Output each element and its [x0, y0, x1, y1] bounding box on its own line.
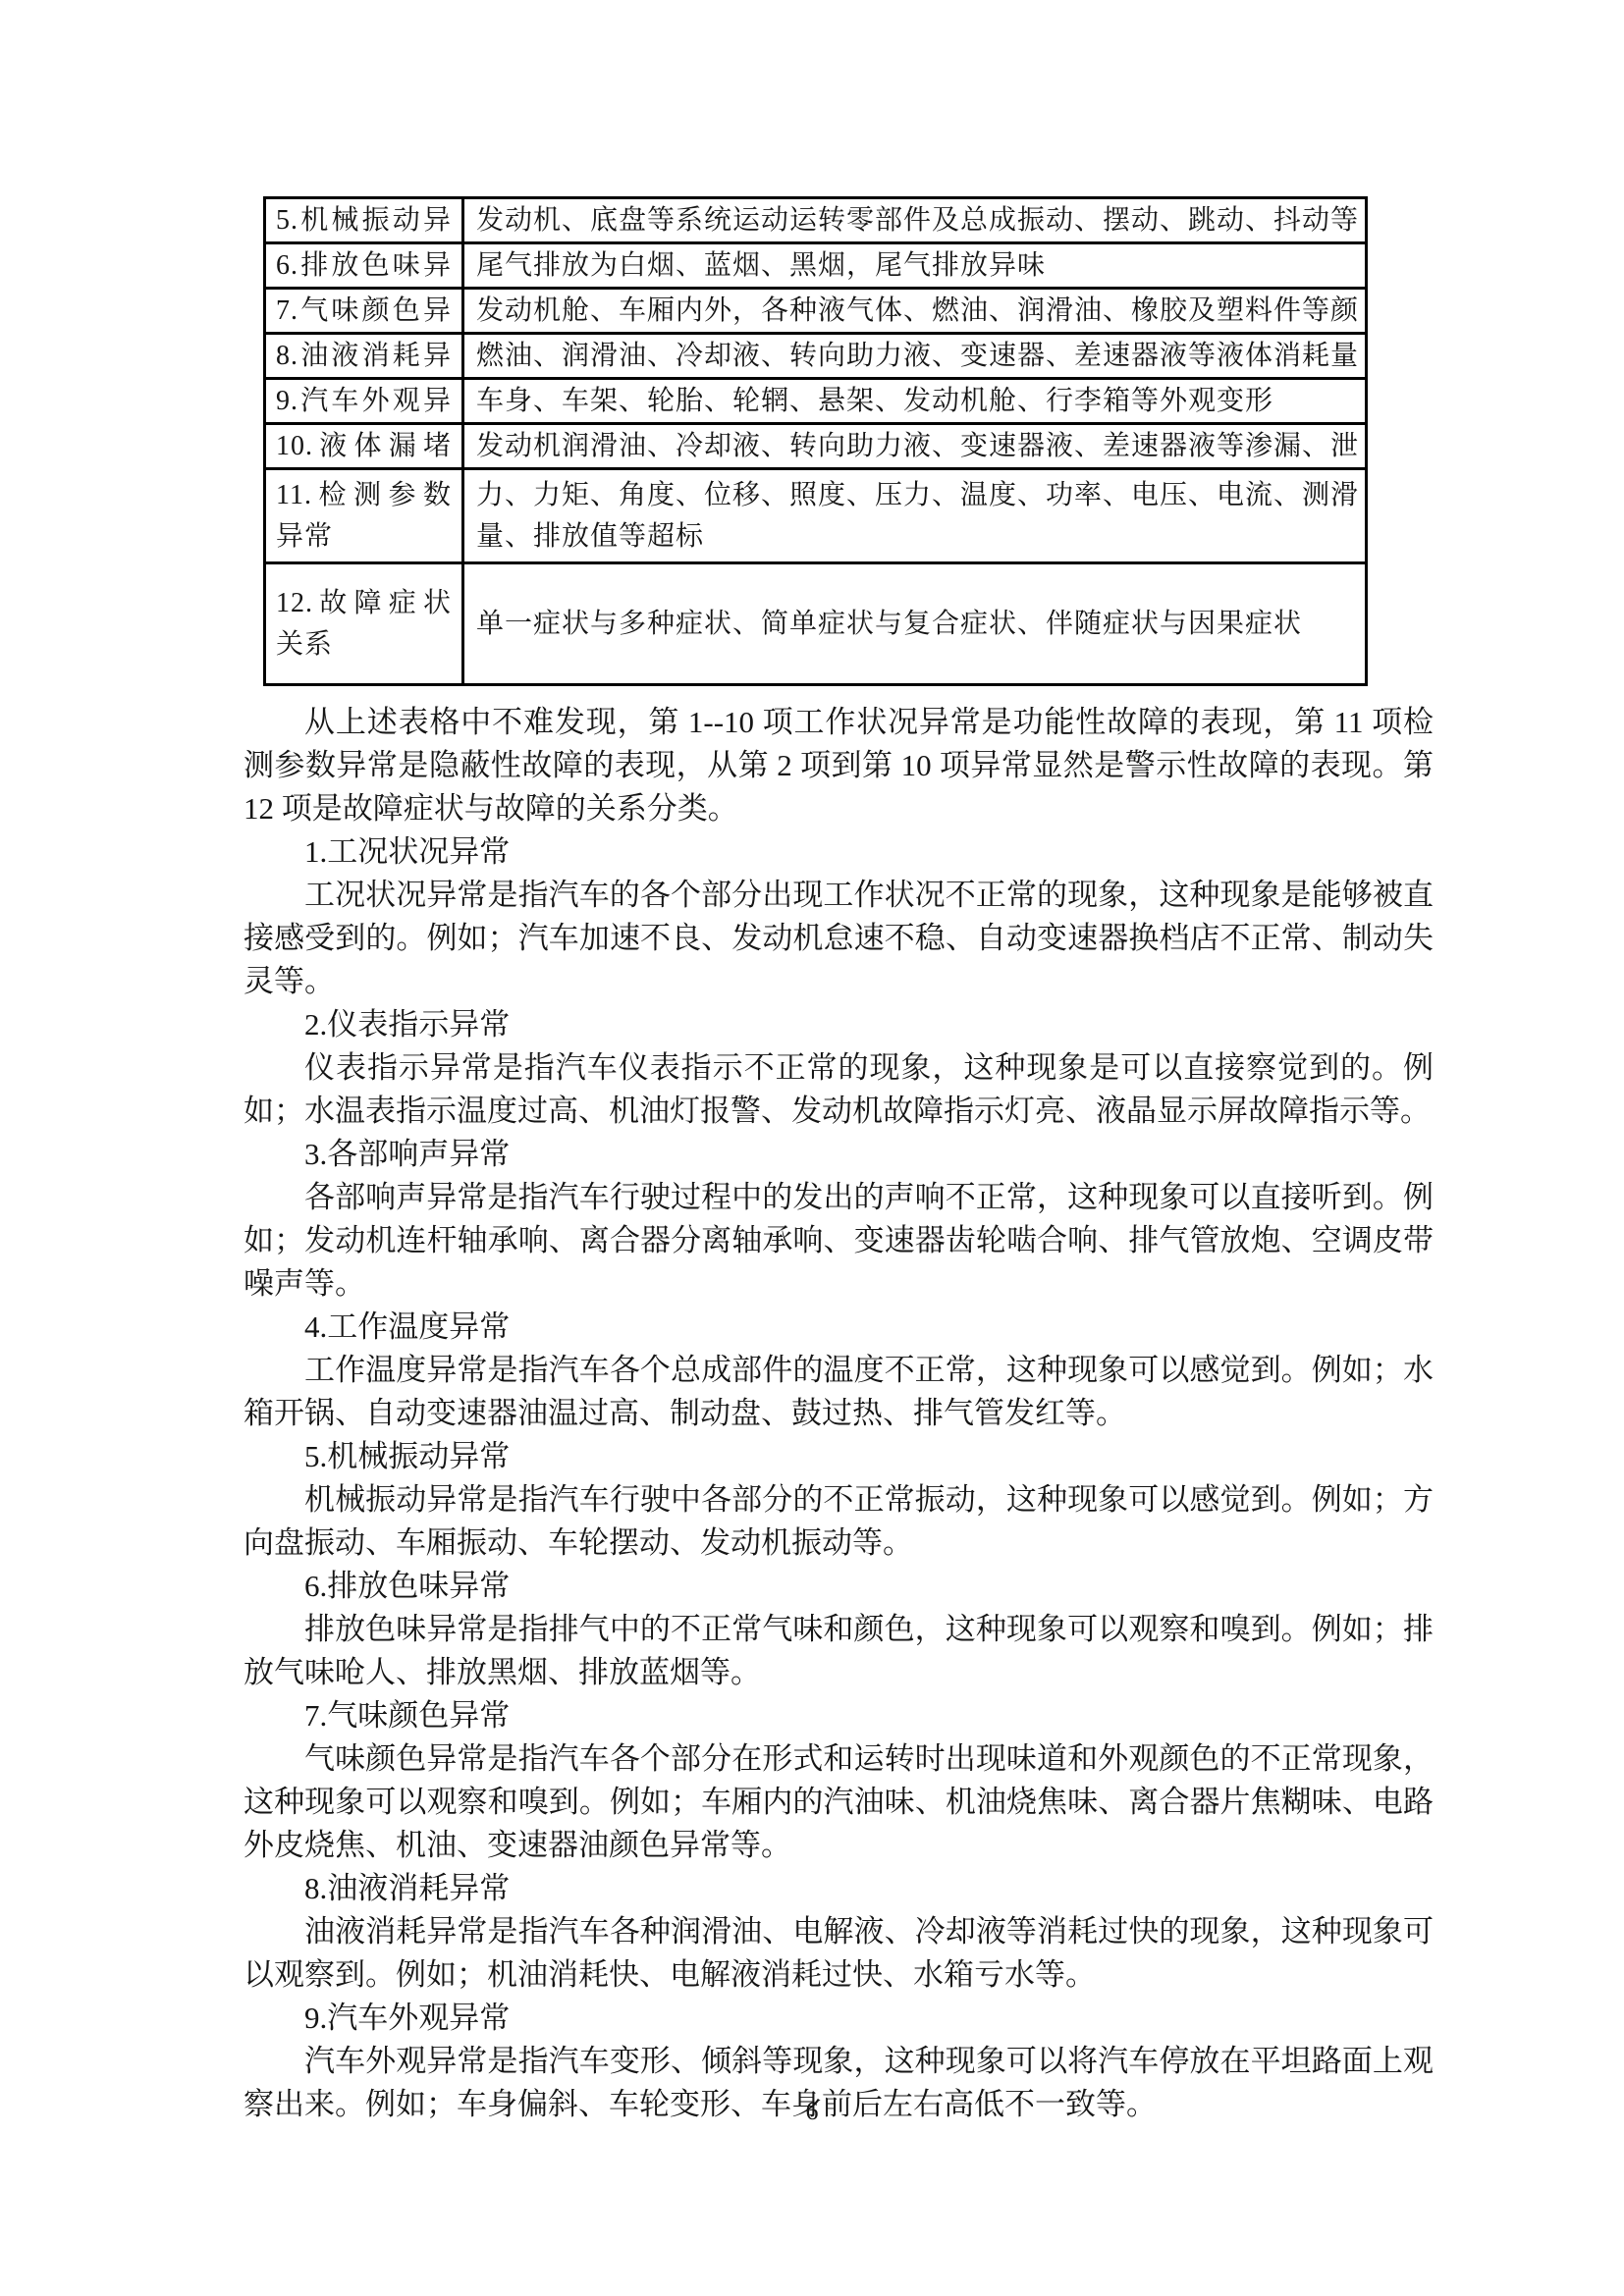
table-cell-label: 6.排放色味异: [265, 243, 463, 289]
page-number: 6: [0, 2097, 1624, 2126]
table-cell-label: 11.检测参数异常: [265, 469, 463, 563]
document-page: 5.机械振动异 发动机、底盘等系统运动运转零部件及总成振动、摆动、跳动、抖动等 …: [0, 0, 1624, 2296]
table-row: 11.检测参数异常 力、力矩、角度、位移、照度、压力、温度、功率、电压、电流、测…: [265, 469, 1367, 563]
table-cell-content: 发动机润滑油、冷却液、转向助力液、变速器液、差速器液等渗漏、泄: [463, 424, 1367, 469]
section-heading: 1.工况状况异常: [244, 830, 1434, 874]
section-paragraph: 气味颜色异常是指汽车各个部分在形式和运转时出现味道和外观颜色的不正常现象，这种现…: [244, 1737, 1434, 1867]
table-row: 5.机械振动异 发动机、底盘等系统运动运转零部件及总成振动、摆动、跳动、抖动等: [265, 198, 1367, 243]
table-cell-label: 9.汽车外观异: [265, 379, 463, 424]
table-cell-content: 力、力矩、角度、位移、照度、压力、温度、功率、电压、电流、测滑量、排放值等超标: [463, 469, 1367, 563]
section-heading: 2.仪表指示异常: [244, 1003, 1434, 1046]
section-heading: 3.各部响声异常: [244, 1133, 1434, 1176]
section-heading: 6.排放色味异常: [244, 1565, 1434, 1608]
table-cell-content: 车身、车架、轮胎、轮辋、悬架、发动机舱、行李箱等外观变形: [463, 379, 1367, 424]
table-row: 12.故障症状关系 单一症状与多种症状、简单症状与复合症状、伴随症状与因果症状: [265, 563, 1367, 685]
section-heading: 4.工作温度异常: [244, 1306, 1434, 1349]
table-cell-label: 12.故障症状关系: [265, 563, 463, 685]
table-cell-content: 发动机、底盘等系统运动运转零部件及总成振动、摆动、跳动、抖动等: [463, 198, 1367, 243]
table-cell-content: 燃油、润滑油、冷却液、转向助力液、变速器、差速器液等液体消耗量: [463, 334, 1367, 379]
section-paragraph: 排放色味异常是指排气中的不正常气味和颜色，这种现象可以观察和嗅到。例如；排放气味…: [244, 1608, 1434, 1694]
table-cell-label: 7.气味颜色异: [265, 289, 463, 334]
table-row: 9.汽车外观异 车身、车架、轮胎、轮辋、悬架、发动机舱、行李箱等外观变形: [265, 379, 1367, 424]
section-heading: 5.机械振动异常: [244, 1435, 1434, 1478]
table-cell-label: 8.油液消耗异: [265, 334, 463, 379]
section-paragraph: 油液消耗异常是指汽车各种润滑油、电解液、冷却液等消耗过快的现象，这种现象可以观察…: [244, 1910, 1434, 1997]
table-cell-label: 10.液体漏堵: [265, 424, 463, 469]
table-row: 6.排放色味异 尾气排放为白烟、蓝烟、黑烟，尾气排放异味: [265, 243, 1367, 289]
table-cell-content: 发动机舱、车厢内外，各种液气体、燃油、润滑油、橡胶及塑料件等颜: [463, 289, 1367, 334]
table-cell-content: 单一症状与多种症状、简单症状与复合症状、伴随症状与因果症状: [463, 563, 1367, 685]
section-paragraph: 各部响声异常是指汽车行驶过程中的发出的声响不正常，这种现象可以直接听到。例如；发…: [244, 1176, 1434, 1306]
section-paragraph: 机械振动异常是指汽车行驶中各部分的不正常振动，这种现象可以感觉到。例如；方向盘振…: [244, 1478, 1434, 1565]
table-cell-content: 尾气排放为白烟、蓝烟、黑烟，尾气排放异味: [463, 243, 1367, 289]
section-paragraph: 工作温度异常是指汽车各个总成部件的温度不正常，这种现象可以感觉到。例如；水箱开锅…: [244, 1349, 1434, 1435]
section-paragraph: 工况状况异常是指汽车的各个部分出现工作状况不正常的现象，这种现象是能够被直接感受…: [244, 874, 1434, 1003]
body-text: 从上述表格中不难发现，第 1--10 项工作状况异常是功能性故障的表现，第 11…: [244, 701, 1434, 2126]
fault-symptom-table: 5.机械振动异 发动机、底盘等系统运动运转零部件及总成振动、摆动、跳动、抖动等 …: [263, 196, 1368, 686]
section-heading: 7.气味颜色异常: [244, 1694, 1434, 1737]
intro-paragraph: 从上述表格中不难发现，第 1--10 项工作状况异常是功能性故障的表现，第 11…: [244, 701, 1434, 830]
section-heading: 9.汽车外观异常: [244, 1997, 1434, 2040]
section-paragraph: 仪表指示异常是指汽车仪表指示不正常的现象，这种现象是可以直接察觉到的。例如；水温…: [244, 1046, 1434, 1133]
table-row: 10.液体漏堵 发动机润滑油、冷却液、转向助力液、变速器液、差速器液等渗漏、泄: [265, 424, 1367, 469]
table-row: 7.气味颜色异 发动机舱、车厢内外，各种液气体、燃油、润滑油、橡胶及塑料件等颜: [265, 289, 1367, 334]
table-row: 8.油液消耗异 燃油、润滑油、冷却液、转向助力液、变速器、差速器液等液体消耗量: [265, 334, 1367, 379]
table-cell-label: 5.机械振动异: [265, 198, 463, 243]
section-heading: 8.油液消耗异常: [244, 1867, 1434, 1910]
